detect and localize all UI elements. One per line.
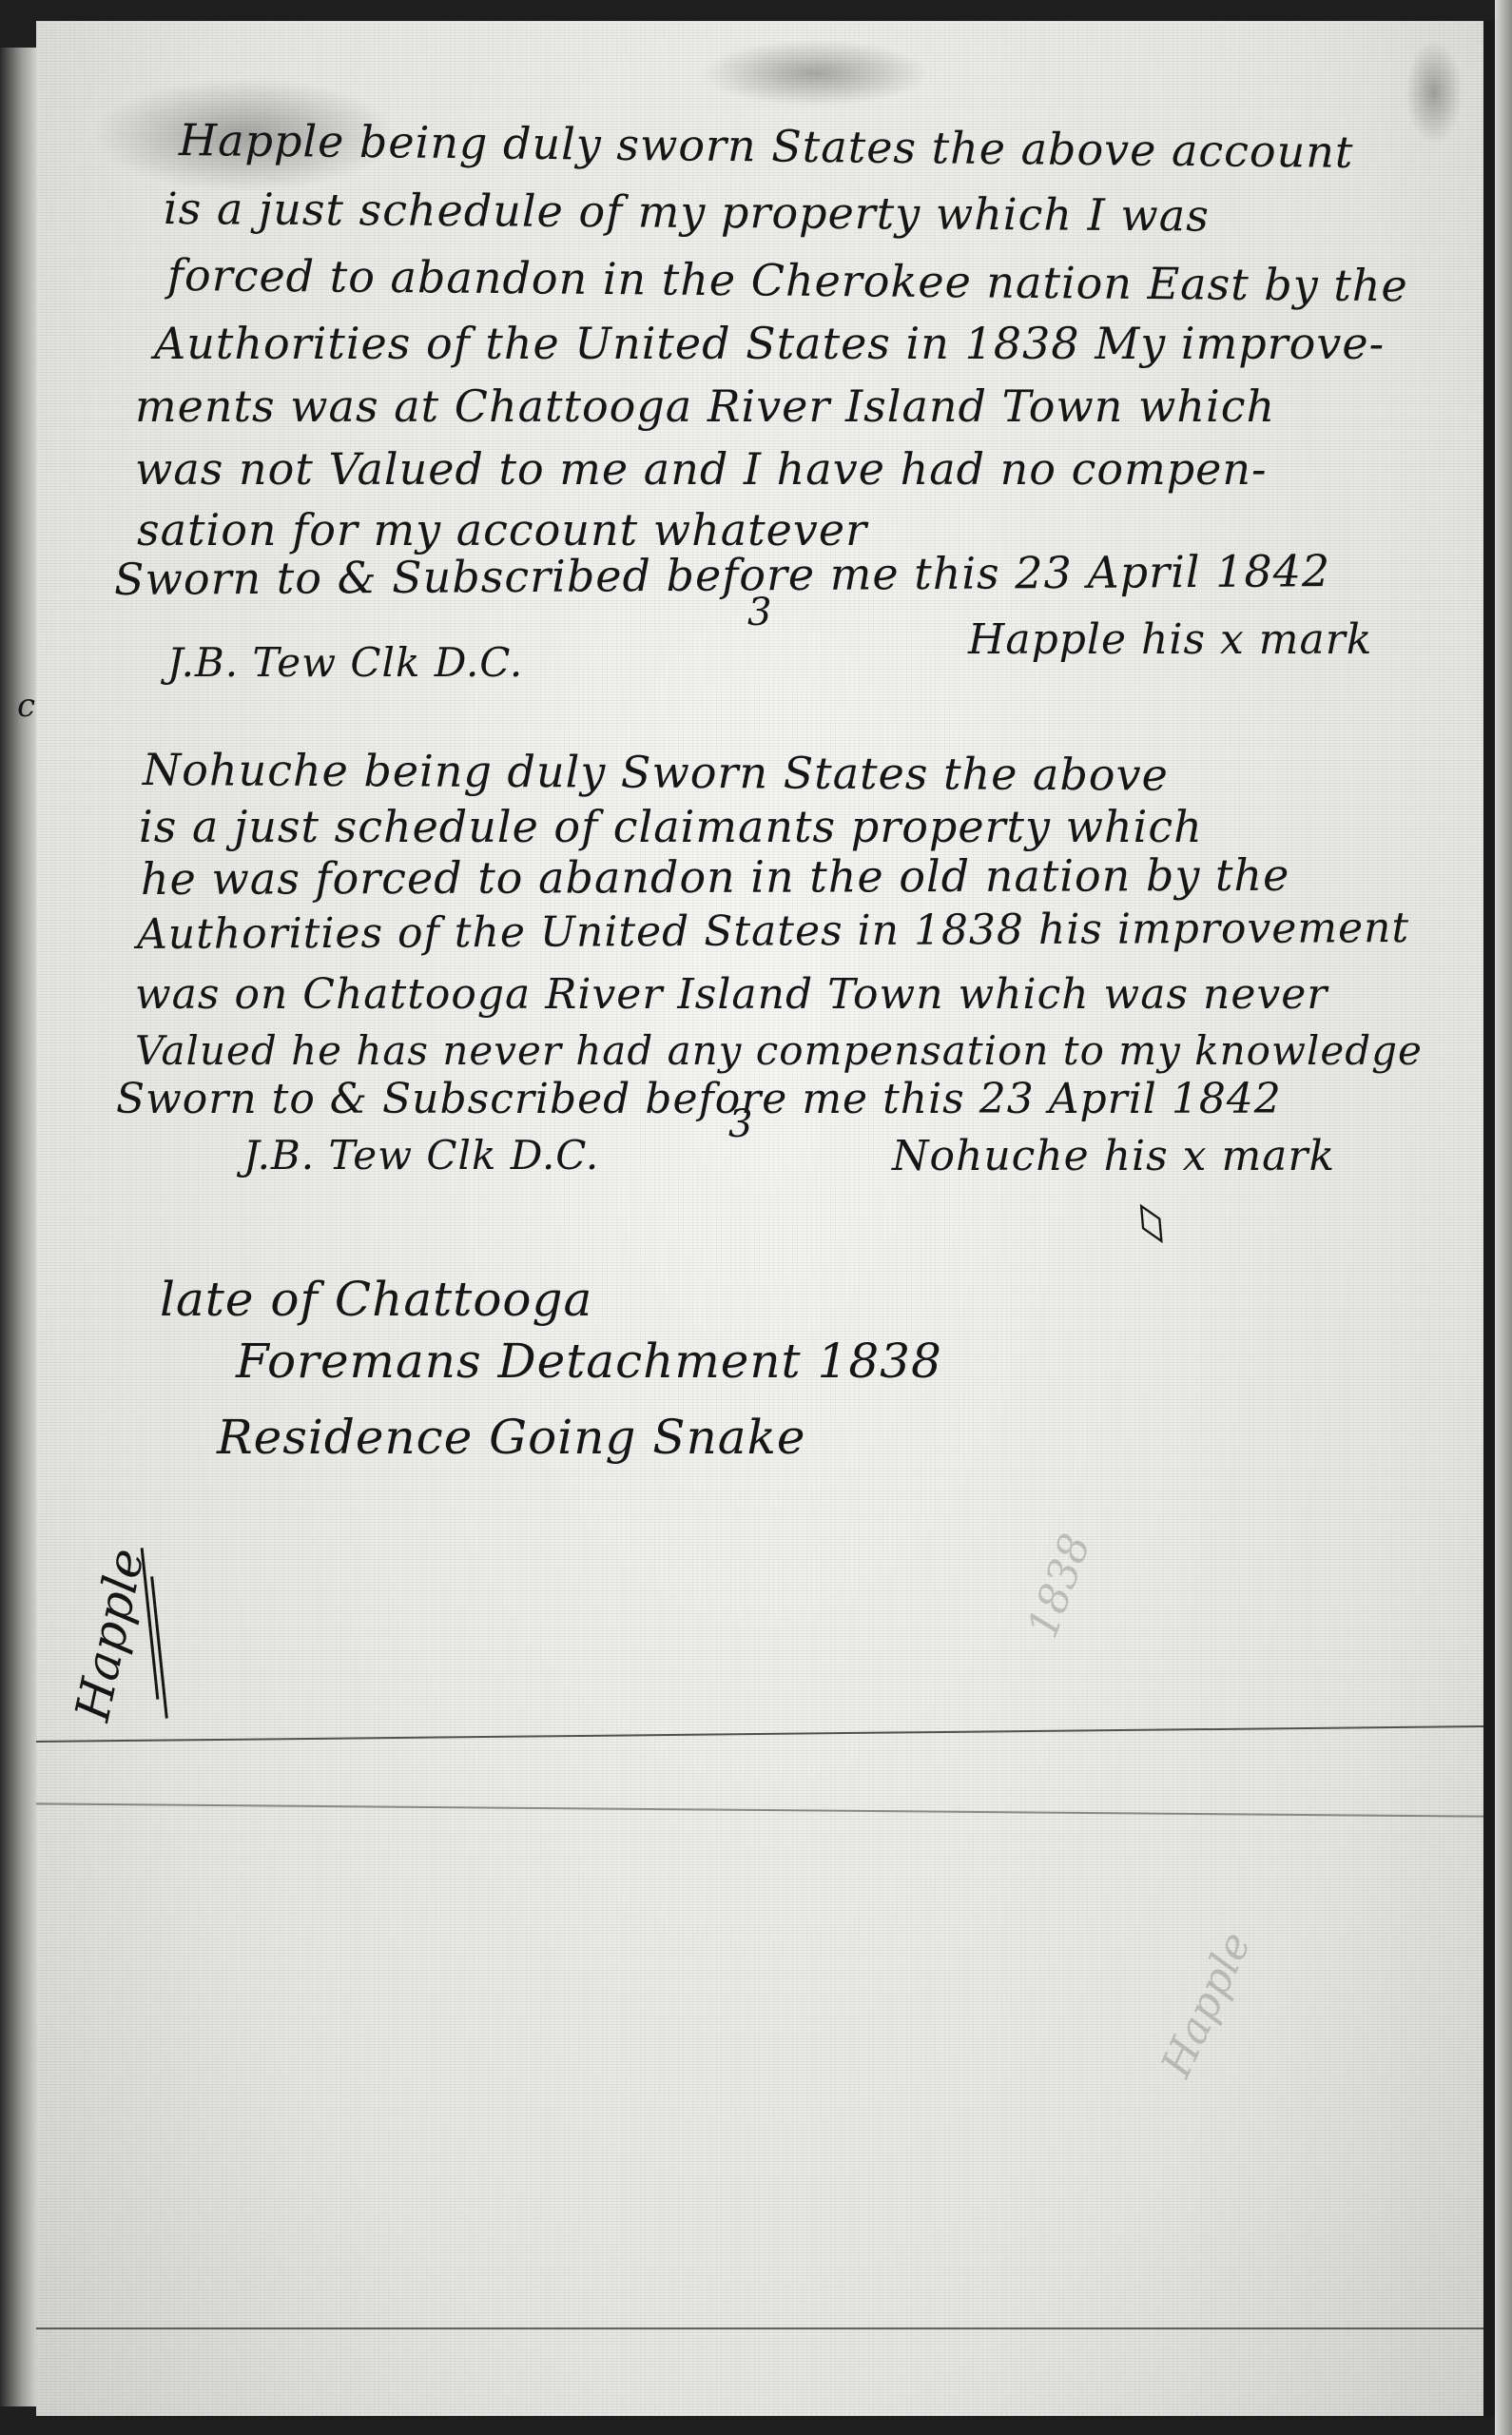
statement-2-claimant-signature: Nohuche his x mark <box>892 1132 1335 1180</box>
statement-2-line-4: Authorities of the United States in 1838… <box>137 904 1409 959</box>
statement-1-claimant-signature: Happle his x mark <box>968 615 1372 664</box>
ink-smudge <box>1405 40 1463 145</box>
statement-1-clerk-signature: J.B. Tew Clk D.C. <box>167 639 523 686</box>
summary-line-2: Foremans Detachment 1838 <box>236 1334 942 1389</box>
stray-ink-mark: ◊ <box>1128 1194 1173 1249</box>
statement-1-line-4: Authorities of the United States in 1838… <box>154 318 1385 369</box>
margin-mark: c <box>17 687 35 725</box>
statement-2-line-6: Valued he has never had any compensation… <box>135 1027 1423 1074</box>
scan-right-binding <box>1483 21 1495 2416</box>
scan-right-edge <box>1495 0 1512 2435</box>
fold-line <box>36 1725 1483 1743</box>
statement-1-line-6: was not Valued to me and I have had no c… <box>135 443 1268 495</box>
summary-line-3: Residence Going Snake <box>217 1410 805 1465</box>
statement-2-line-2: is a just schedule of claimants property… <box>139 801 1203 852</box>
bleed-through: 1838 <box>1018 1528 1100 1645</box>
statement-2-line-3: he was forced to abandon in the old nati… <box>141 849 1290 905</box>
statement-2-sworn-line: Sworn to & Subscribed before me this 23 … <box>116 1075 1282 1123</box>
statement-2-brace: 3 <box>728 1113 752 1136</box>
statement-1-sworn-line: Sworn to & Subscribed before me this 23 … <box>114 545 1331 605</box>
ink-smudge <box>702 40 930 107</box>
statement-1-line-7: sation for my account whatever <box>137 504 867 555</box>
statement-2-line-5: was on Chattooga River Island Town which… <box>135 970 1328 1019</box>
fold-line <box>36 2328 1483 2329</box>
docket-name-vertical: Happle <box>65 1544 155 1725</box>
scan-left-edge <box>0 48 36 2406</box>
statement-1-line-3: forced to abandon in the Cherokee nation… <box>167 249 1408 311</box>
statement-1-brace: 3 <box>747 601 771 624</box>
statement-2-line-1: Nohuche being duly Sworn States the abov… <box>143 744 1169 801</box>
fold-line <box>36 1802 1483 1817</box>
summary-line-1: late of Chattooga <box>160 1272 592 1327</box>
statement-1-line-2: is a just schedule of my property which … <box>164 183 1210 242</box>
manuscript-page: Happle being duly sworn States the above… <box>36 21 1483 2416</box>
statement-2-clerk-signature: J.B. Tew Clk D.C. <box>243 1132 599 1179</box>
bleed-through: Happle <box>1152 1925 1260 2085</box>
statement-1-line-5: ments was at Chattooga River Island Town… <box>135 380 1275 432</box>
